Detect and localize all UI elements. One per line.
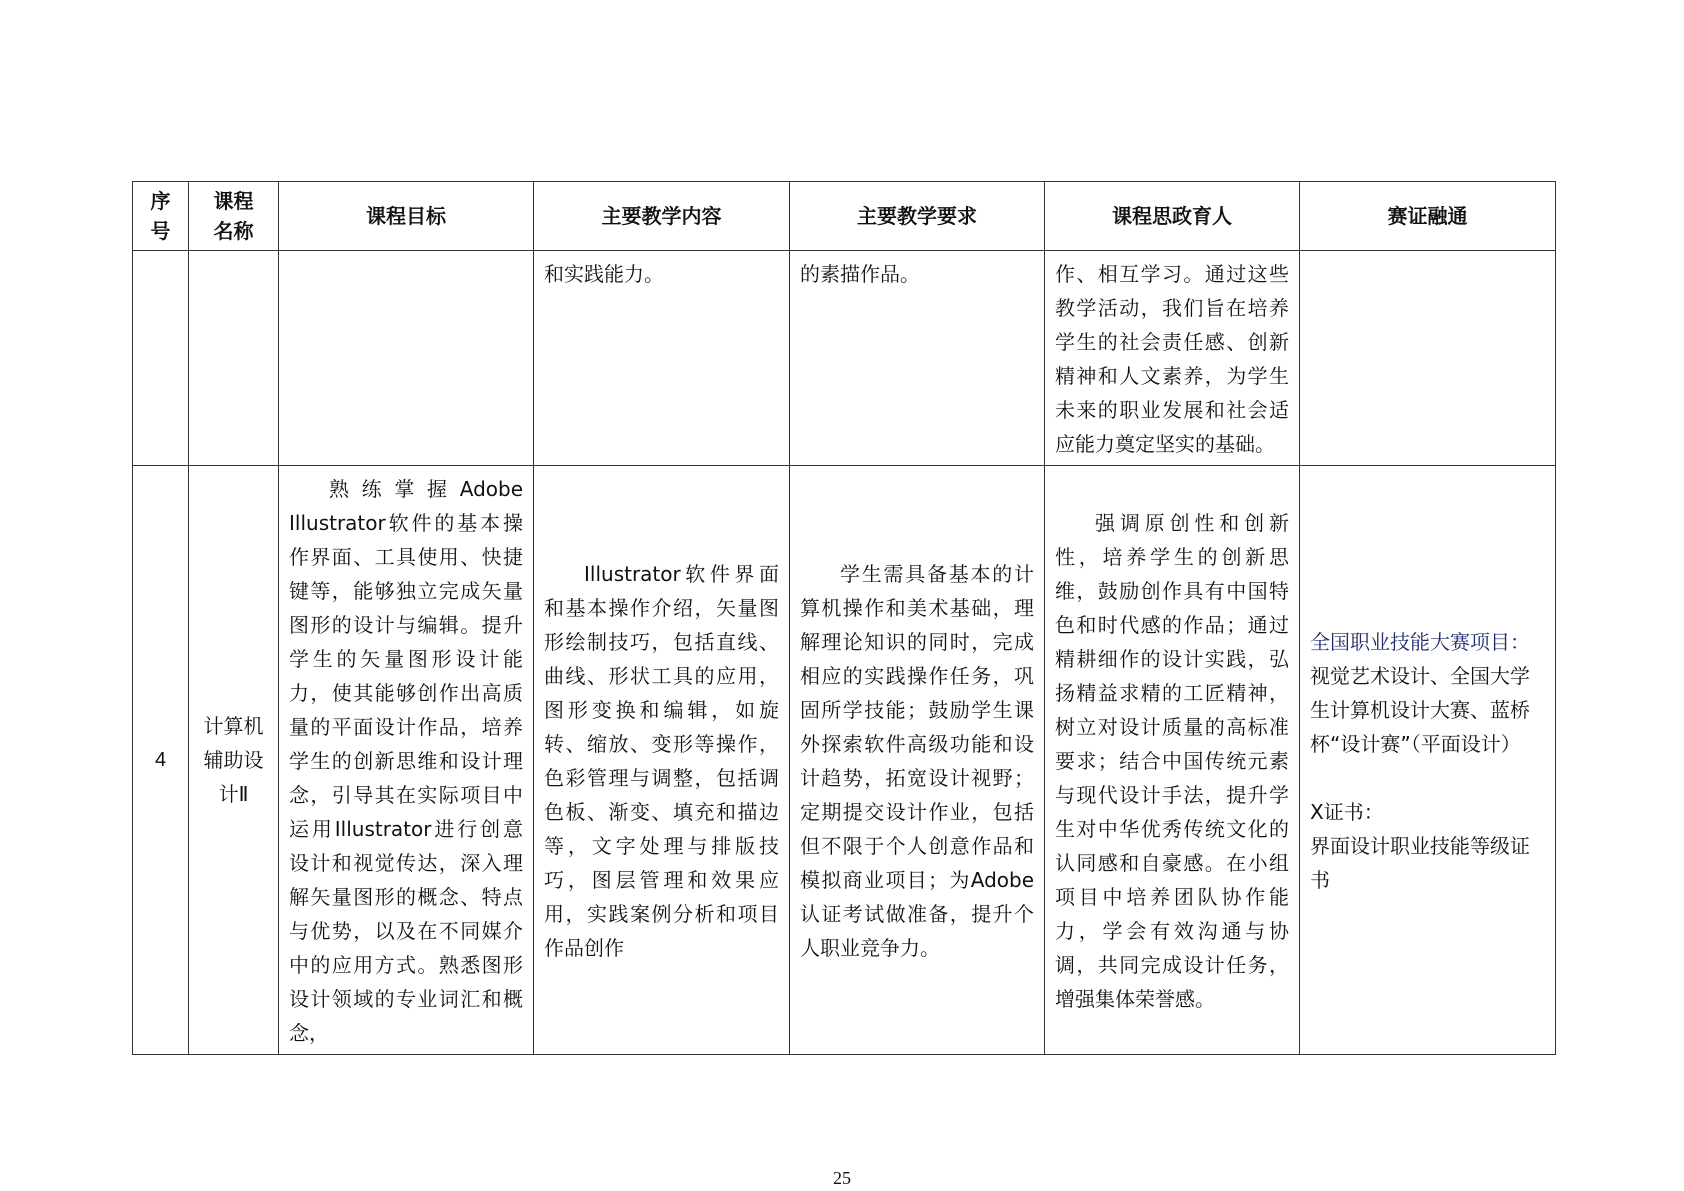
header-content: 主要教学内容	[534, 182, 790, 251]
header-certification: 赛证融通	[1300, 182, 1556, 251]
competition-title: 全国职业技能大赛项目：	[1310, 625, 1545, 659]
course-table: 序 号 课程 名称 课程目标 主要教学内容 主要教学要求 课程思政育人 赛证融通…	[132, 181, 1556, 1055]
cell-requirement: 学生需具备基本的计算机操作和美术基础，理解理论知识的同时，完成相应的实践操作任务…	[790, 466, 1045, 1055]
cell-name: 计算机辅助设计Ⅱ	[189, 466, 279, 1055]
cell-certification: 全国职业技能大赛项目： 视觉艺术设计、全国大学生计算机设计大赛、蓝桥杯“设计赛”…	[1300, 466, 1556, 1055]
header-seq: 序 号	[133, 182, 189, 251]
certificate-items: 界面设计职业技能等级证书	[1310, 829, 1545, 897]
certificate-title: X证书：	[1310, 795, 1545, 829]
header-requirement: 主要教学要求	[790, 182, 1045, 251]
table-row: 和实践能力。 的素描作品。 作、相互学习。通过这些教学活动，我们旨在培养学生的社…	[133, 251, 1556, 466]
header-course-name: 课程 名称	[189, 182, 279, 251]
cell-name	[189, 251, 279, 466]
cell-ideology: 作、相互学习。通过这些教学活动，我们旨在培养学生的社会责任感、创新精神和人文素养…	[1045, 251, 1300, 466]
header-seq-line2: 号	[133, 216, 188, 246]
cell-content: Illustrator软件界面和基本操作介绍，矢量图形绘制技巧，包括直线、曲线、…	[534, 466, 790, 1055]
competition-items: 视觉艺术设计、全国大学生计算机设计大赛、蓝桥杯“设计赛”（平面设计）	[1310, 659, 1545, 761]
table-row: 4 计算机辅助设计Ⅱ 熟练掌握Adobe Illustrator软件的基本操作界…	[133, 466, 1556, 1055]
cell-ideology: 强调原创性和创新性，培养学生的创新思维，鼓励创作具有中国特色和时代感的作品；通过…	[1045, 466, 1300, 1055]
cell-seq	[133, 251, 189, 466]
header-name-line2: 名称	[189, 216, 278, 246]
header-row: 序 号 课程 名称 课程目标 主要教学内容 主要教学要求 课程思政育人 赛证融通	[133, 182, 1556, 251]
cell-content: 和实践能力。	[534, 251, 790, 466]
spacer	[1310, 761, 1545, 795]
header-ideology: 课程思政育人	[1045, 182, 1300, 251]
header-seq-line1: 序	[133, 186, 188, 216]
cell-seq: 4	[133, 466, 189, 1055]
header-name-line1: 课程	[189, 186, 278, 216]
cell-requirement: 的素描作品。	[790, 251, 1045, 466]
cell-certification	[1300, 251, 1556, 466]
cell-goal: 熟练掌握Adobe Illustrator软件的基本操作界面、工具使用、快捷键等…	[279, 466, 534, 1055]
page-number: 25	[0, 1168, 1684, 1189]
header-goal: 课程目标	[279, 182, 534, 251]
cell-goal	[279, 251, 534, 466]
